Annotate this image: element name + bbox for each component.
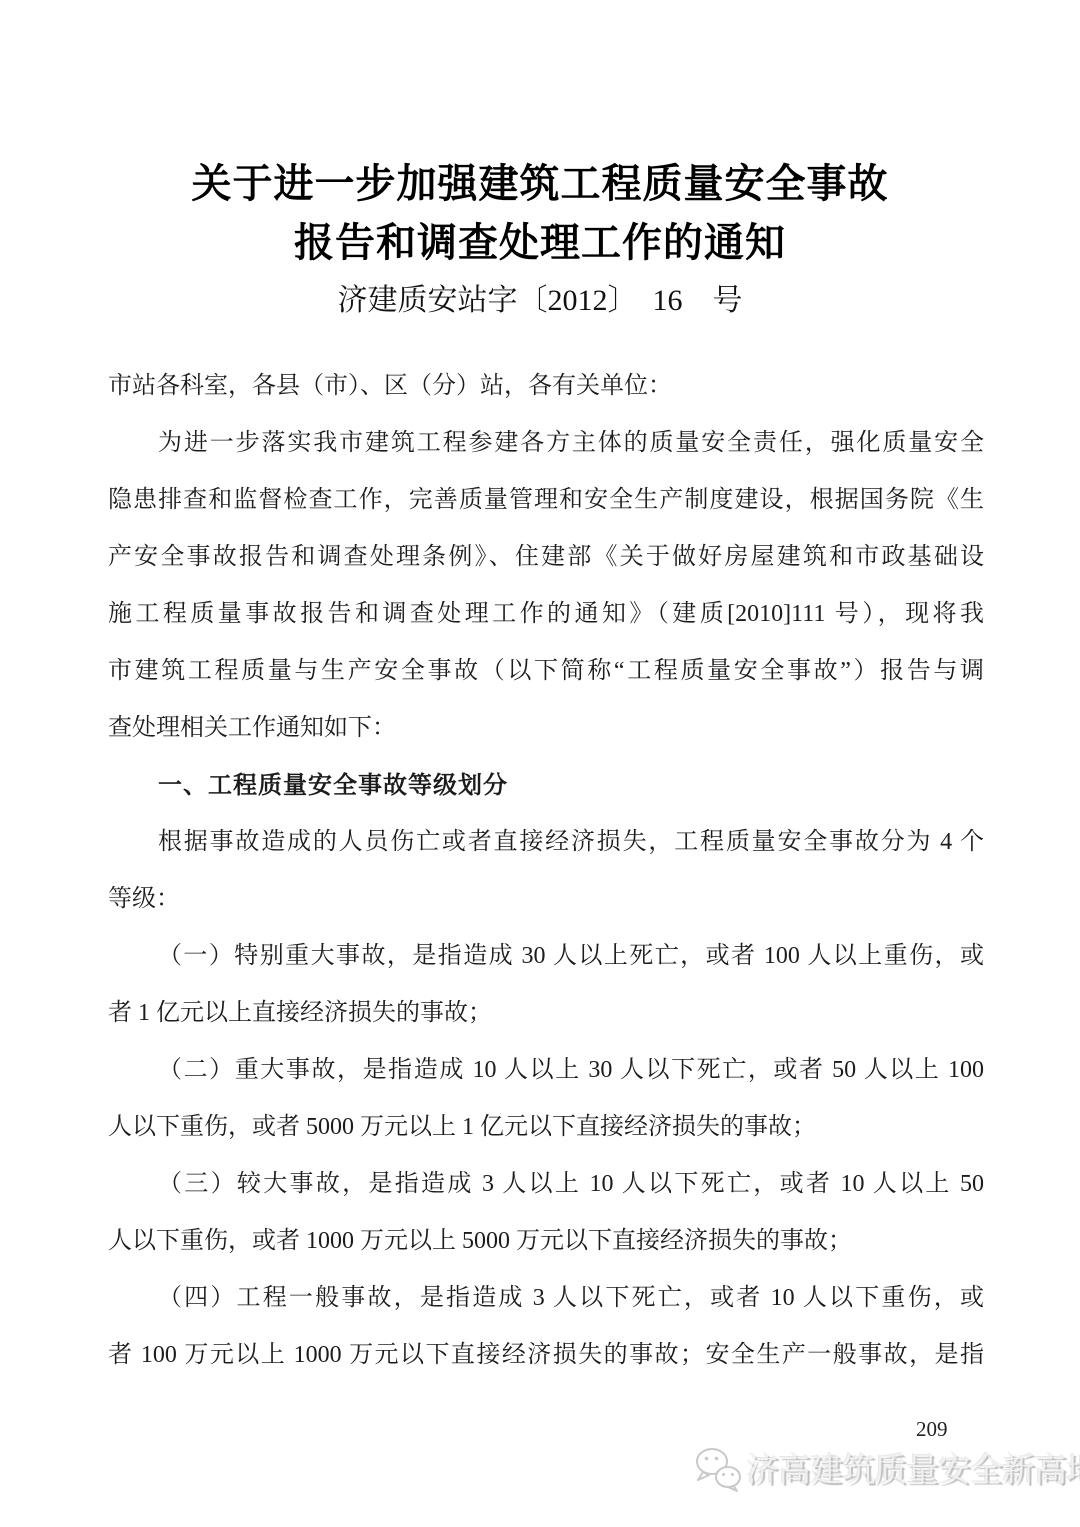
document-number: 济建质安站字〔2012〕 16 号: [0, 281, 1080, 321]
body-line: 查处理相关工作通知如下：: [108, 700, 984, 757]
page-number: 209: [916, 1417, 948, 1441]
body-line: 产安全事故报告和调查处理条例》、住建部《关于做好房屋建筑和市政基础设: [108, 529, 984, 586]
body-line: 市站各科室，各县（市）、区（分）站，各有关单位：: [108, 358, 984, 415]
document-page: 关于进一步加强建筑工程质量安全事故 报告和调查处理工作的通知 济建质安站字〔20…: [0, 0, 1080, 1527]
document-title: 关于进一步加强建筑工程质量安全事故 报告和调查处理工作的通知: [0, 154, 1080, 272]
body-line: 根据事故造成的人员伤亡或者直接经济损失，工程质量安全事故分为 4 个: [108, 814, 984, 871]
body-line: 等级：: [108, 871, 984, 928]
body-line: 人以下重伤，或者 5000 万元以上 1 亿元以下直接经济损失的事故；: [108, 1099, 984, 1156]
body-line: 人以下重伤，或者 1000 万元以上 5000 万元以下直接经济损失的事故；: [108, 1213, 984, 1270]
watermark: 济高建筑质量安全新高地: [694, 1446, 1080, 1496]
document-title-line2: 报告和调查处理工作的通知: [0, 213, 1080, 272]
body-line: （二）重大事故，是指造成 10 人以上 30 人以下死亡，或者 50 人以上 1…: [108, 1042, 984, 1099]
body-line: 为进一步落实我市建筑工程参建各方主体的质量安全责任，强化质量安全: [108, 415, 984, 472]
document-title-line1: 关于进一步加强建筑工程质量安全事故: [0, 154, 1080, 213]
body-line: （三）较大事故，是指造成 3 人以上 10 人以下死亡，或者 10 人以上 50: [108, 1156, 984, 1213]
body-line: 施工程质量事故报告和调查处理工作的通知》（建质[2010]111 号），现将我: [108, 586, 984, 643]
watermark-label: 济高建筑质量安全新高地: [746, 1446, 1080, 1496]
body-text: 市站各科室，各县（市）、区（分）站，各有关单位：为进一步落实我市建筑工程参建各方…: [108, 358, 984, 1384]
body-line: 者 100 万元以上 1000 万元以下直接经济损失的事故；安全生产一般事故，是…: [108, 1327, 984, 1384]
body-line: （四）工程一般事故，是指造成 3 人以下死亡，或者 10 人以下重伤，或: [108, 1270, 984, 1327]
body-line: 市建筑工程质量与生产安全事故（以下简称“工程质量安全事故”）报告与调: [108, 643, 984, 700]
body-line: 者 1 亿元以上直接经济损失的事故；: [108, 985, 984, 1042]
section-heading: 一、工程质量安全事故等级划分: [108, 757, 984, 814]
body-line: 隐患排查和监督检查工作，完善质量管理和安全生产制度建设，根据国务院《生: [108, 472, 984, 529]
wechat-icon: [694, 1446, 742, 1496]
body-line: （一）特别重大事故，是指造成 30 人以上死亡，或者 100 人以上重伤，或: [108, 928, 984, 985]
